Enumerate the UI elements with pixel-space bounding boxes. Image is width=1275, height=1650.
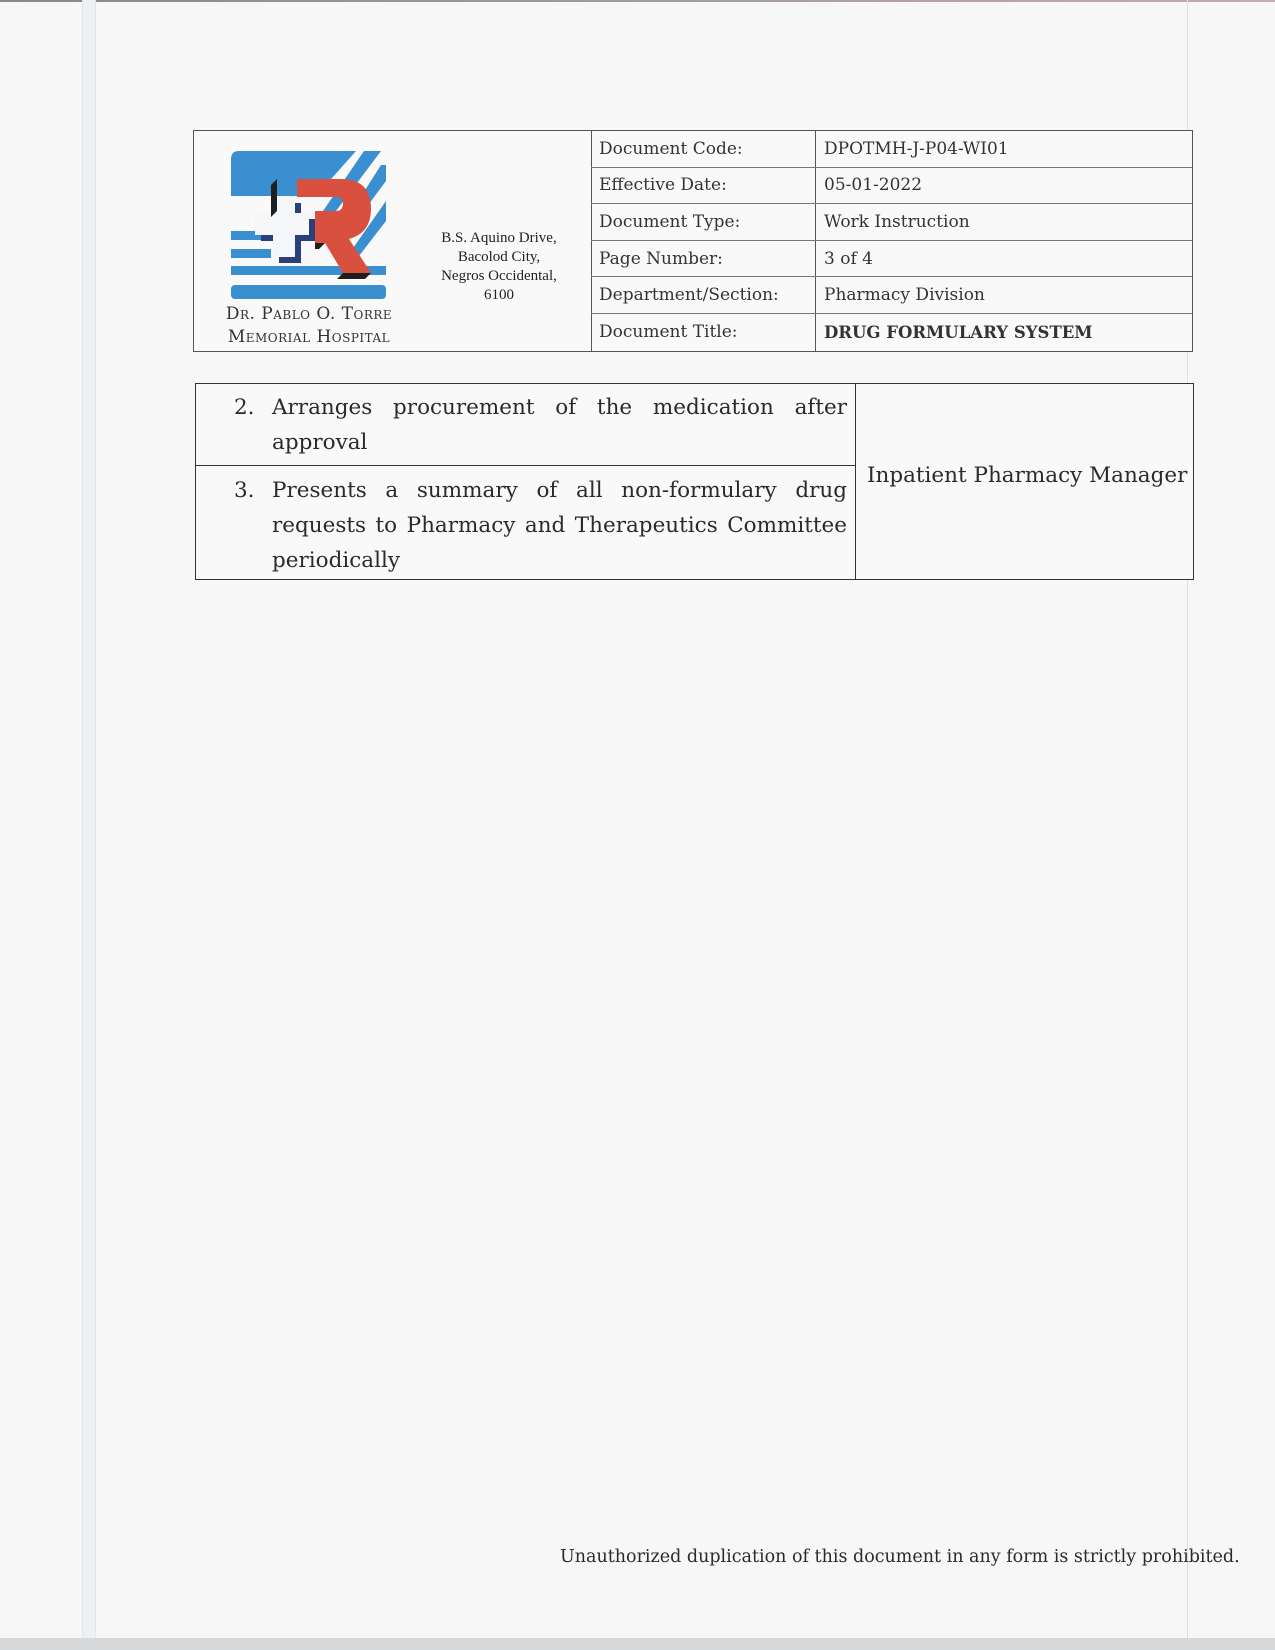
hospital-name-line-1: Dr. Pablo O. Torre <box>194 303 424 326</box>
step-text-line: Arranges procurement of the medication a… <box>272 390 847 425</box>
responsible-person: Inpatient Pharmacy Manager <box>857 384 1193 579</box>
step-text-line: requests to Pharmacy and Therapeutics Co… <box>272 508 847 543</box>
meta-row-document-code: Document Code: DPOTMH-J-P04-WI01 <box>591 131 1192 168</box>
hospital-cross-r-logo-icon <box>231 151 386 303</box>
step-text: Arranges procurement of the medication a… <box>272 390 847 460</box>
scan-top-edge <box>0 0 1275 2</box>
meta-value: 3 of 4 <box>816 241 1192 277</box>
meta-row-document-title: Document Title: DRUG FORMULARY SYSTEM <box>591 314 1192 351</box>
hospital-name: Dr. Pablo O. Torre Memorial Hospital <box>194 303 424 349</box>
address-line: Negros Occidental, <box>419 267 579 286</box>
procedure-step: 3. Presents a summary of all non-formula… <box>196 466 855 578</box>
meta-row-page-number: Page Number: 3 of 4 <box>591 241 1192 278</box>
meta-label: Document Title: <box>591 314 816 351</box>
step-number: 3. <box>234 473 255 508</box>
page-binding-edge <box>82 0 96 1650</box>
meta-row-department: Department/Section: Pharmacy Division <box>591 277 1192 314</box>
address-line: Bacolod City, <box>419 248 579 267</box>
step-text-line: periodically <box>272 548 400 573</box>
meta-value: 05-01-2022 <box>816 168 1192 204</box>
document-header-table: Dr. Pablo O. Torre Memorial Hospital B.S… <box>193 130 1193 352</box>
meta-label: Page Number: <box>591 241 816 277</box>
step-text-line: approval <box>272 430 367 455</box>
step-number: 2. <box>234 390 255 425</box>
meta-value: Pharmacy Division <box>816 277 1192 313</box>
scan-bottom-edge <box>0 1638 1275 1650</box>
meta-label: Department/Section: <box>591 277 816 313</box>
document-meta-grid: Document Code: DPOTMH-J-P04-WI01 Effecti… <box>591 131 1192 351</box>
meta-value: Work Instruction <box>816 204 1192 240</box>
procedure-steps-column: 2. Arranges procurement of the medicatio… <box>196 384 856 579</box>
meta-row-effective-date: Effective Date: 05-01-2022 <box>591 168 1192 205</box>
footer-notice: Unauthorized duplication of this documen… <box>560 1547 1240 1567</box>
hospital-address: B.S. Aquino Drive, Bacolod City, Negros … <box>419 229 579 305</box>
meta-row-document-type: Document Type: Work Instruction <box>591 204 1192 241</box>
document-title: DRUG FORMULARY SYSTEM <box>816 314 1192 351</box>
logo-cell: Dr. Pablo O. Torre Memorial Hospital B.S… <box>194 131 592 351</box>
procedure-step: 2. Arranges procurement of the medicatio… <box>196 384 855 466</box>
hospital-name-line-2: Memorial Hospital <box>194 326 424 349</box>
meta-label: Effective Date: <box>591 168 816 204</box>
meta-label: Document Type: <box>591 204 816 240</box>
address-line: B.S. Aquino Drive, <box>419 229 579 248</box>
address-line: 6100 <box>419 286 579 305</box>
step-text-line: Presents a summary of all non-formulary … <box>272 473 847 508</box>
procedure-table: 2. Arranges procurement of the medicatio… <box>195 383 1194 580</box>
step-text: Presents a summary of all non-formulary … <box>272 473 847 578</box>
meta-label: Document Code: <box>591 131 816 167</box>
meta-value: DPOTMH-J-P04-WI01 <box>816 131 1192 167</box>
